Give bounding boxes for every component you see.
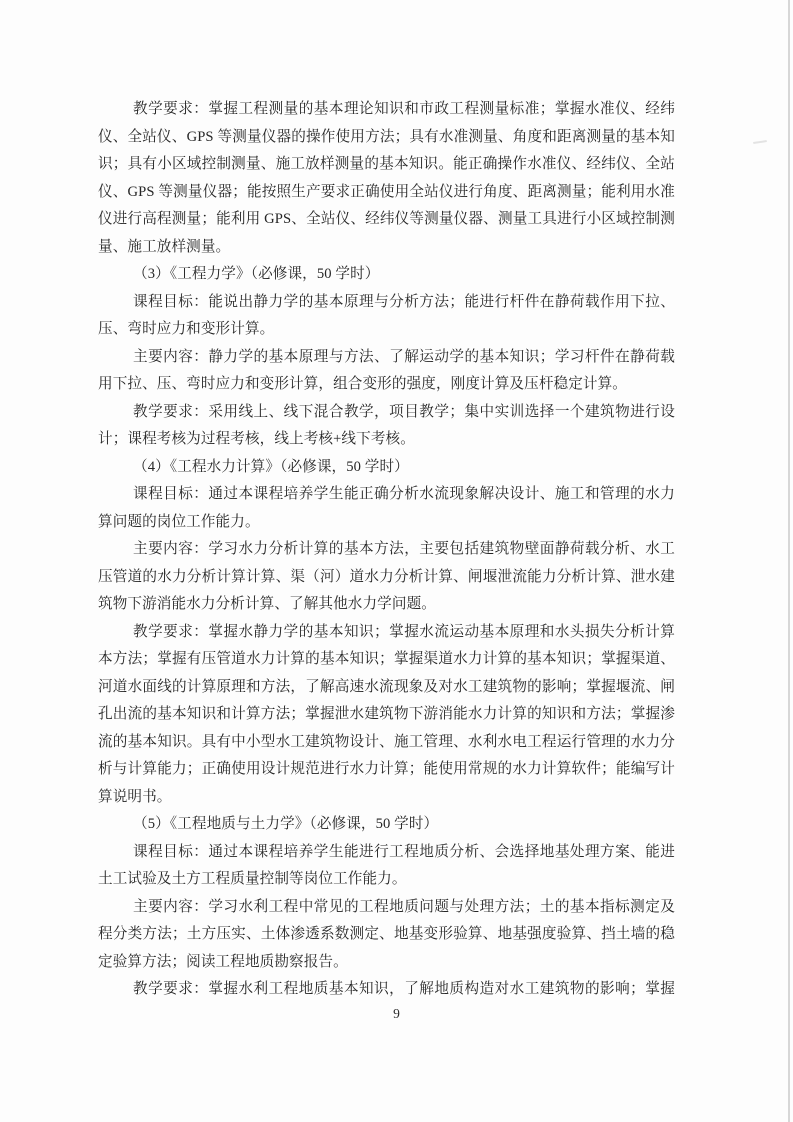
text-line: 量、施工放样测量。 — [98, 234, 675, 262]
paragraph: 教学要求：掌握工程测量的基本理论知识和市政工程测量标准；掌握水准仪、经纬仪、全站… — [98, 96, 675, 261]
text-line: 仪、全站仪、GPS 等测量仪器的操作使用方法；具有水准测量、角度和距离测量的基本… — [98, 124, 675, 152]
paragraph: （4）《工程水力计算》（必修课，50 学时） — [98, 454, 675, 482]
text-line: 河道水面线的计算原理和方法，了解高速水流现象及对水工建筑物的影响；掌握堰流、闸 — [98, 674, 675, 702]
text-line: 算问题的岗位工作能力。 — [98, 509, 675, 537]
text-line: 土工试验及土方工程质量控制等岗位工作能力。 — [98, 866, 675, 894]
text-line: 计；课程考核为过程考核，线上考核+线下考核。 — [98, 426, 675, 454]
paragraph: 教学要求：掌握水利工程地质基本知识，了解地质构造对水工建筑物的影响；掌握土 — [98, 976, 675, 1004]
paragraph: 课程目标：能说出静力学的基本原理与分析方法；能进行杆件在静荷载作用下拉、压、弯时… — [98, 289, 675, 344]
paragraph: 课程目标：通过本课程培养学生能进行工程地质分析、会选择地基处理方案、能进行土工试… — [98, 839, 675, 894]
paragraph: 教学要求：掌握水静力学的基本知识；掌握水流运动基本原理和水头损失分析计算基本方法… — [98, 619, 675, 812]
text-line: 仪、GPS 等测量仪器；能按照生产要求正确使用全站仪进行角度、距离测量；能利用水… — [98, 179, 675, 207]
text-line: 压管道的水力分析计算计算、渠（河）道水力分析计算、闸堰泄流能力分析计算、泄水建 — [98, 564, 675, 592]
text-line: 主要内容：静力学的基本原理与方法、了解运动学的基本知识；学习杆件在静荷载作 — [98, 344, 675, 372]
text-line: （5）《工程地质与土力学》（必修课，50 学时） — [98, 811, 675, 839]
paragraph: 教学要求：采用线上、线下混合教学，项目教学；集中实训选择一个建筑物进行设计；课程… — [98, 399, 675, 454]
text-line: 用下拉、压、弯时应力和变形计算，组合变形的强度，刚度计算及压杆稳定计算。 — [98, 371, 675, 399]
document-body: 教学要求：掌握工程测量的基本理论知识和市政工程测量标准；掌握水准仪、经纬仪、全站… — [98, 96, 675, 1004]
text-line: 课程目标：能说出静力学的基本原理与分析方法；能进行杆件在静荷载作用下拉、 — [98, 289, 675, 317]
text-line: 孔出流的基本知识和计算方法；掌握泄水建筑物下游消能水力计算的知识和方法；掌握渗 — [98, 701, 675, 729]
text-line: （3）《工程力学》（必修课，50 学时） — [98, 261, 675, 289]
text-line: 算说明书。 — [98, 784, 675, 812]
text-line: （4）《工程水力计算》（必修课，50 学时） — [98, 454, 675, 482]
text-line: 定验算方法；阅读工程地质勘察报告。 — [98, 949, 675, 977]
text-line: 课程目标：通过本课程培养学生能正确分析水流现象解决设计、施工和管理的水力计 — [98, 481, 675, 509]
paragraph: （5）《工程地质与土力学》（必修课，50 学时） — [98, 811, 675, 839]
text-line: 教学要求：掌握水静力学的基本知识；掌握水流运动基本原理和水头损失分析计算基 — [98, 619, 675, 647]
text-line: 筑物下游消能水力分析计算、了解其他水力学问题。 — [98, 591, 675, 619]
text-line: 识；具有小区域控制测量、施工放样测量的基本知识。能正确操作水准仪、经纬仪、全站 — [98, 151, 675, 179]
document-page: 教学要求：掌握工程测量的基本理论知识和市政工程测量标准；掌握水准仪、经纬仪、全站… — [0, 0, 793, 1122]
text-line: 仪进行高程测量；能利用 GPS、全站仪、经纬仪等测量仪器、测量工具进行小区域控制… — [98, 206, 675, 234]
paragraph: 课程目标：通过本课程培养学生能正确分析水流现象解决设计、施工和管理的水力计算问题… — [98, 481, 675, 536]
scan-smudge-artifact — [753, 140, 767, 144]
text-line: 析与计算能力；正确使用设计规范进行水力计算；能使用常规的水力计算软件；能编写计 — [98, 756, 675, 784]
paragraph: （3）《工程力学》（必修课，50 学时） — [98, 261, 675, 289]
text-line: 流的基本知识。具有中小型水工建筑物设计、施工管理、水利水电工程运行管理的水力分 — [98, 729, 675, 757]
text-line: 主要内容：学习水力分析计算的基本方法，主要包括建筑物壁面静荷载分析、水工有 — [98, 536, 675, 564]
text-line: 压、弯时应力和变形计算。 — [98, 316, 675, 344]
text-line: 程分类方法；土方压实、土体渗透系数测定、地基变形验算、地基强度验算、挡土墙的稳 — [98, 921, 675, 949]
text-line: 本方法；掌握有压管道水力计算的基本知识；掌握渠道水力计算的基本知识；掌握渠道、 — [98, 646, 675, 674]
paragraph: 主要内容：学习水力分析计算的基本方法，主要包括建筑物壁面静荷载分析、水工有压管道… — [98, 536, 675, 619]
text-line: 教学要求：掌握工程测量的基本理论知识和市政工程测量标准；掌握水准仪、经纬 — [98, 96, 675, 124]
paragraph: 主要内容：静力学的基本原理与方法、了解运动学的基本知识；学习杆件在静荷载作用下拉… — [98, 344, 675, 399]
text-line: 课程目标：通过本课程培养学生能进行工程地质分析、会选择地基处理方案、能进行 — [98, 839, 675, 867]
text-line: 教学要求：采用线上、线下混合教学，项目教学；集中实训选择一个建筑物进行设 — [98, 399, 675, 427]
scan-edge-artifact — [788, 0, 790, 1122]
text-line: 教学要求：掌握水利工程地质基本知识，了解地质构造对水工建筑物的影响；掌握土 — [98, 976, 675, 1004]
text-line: 主要内容：学习水利工程中常见的工程地质问题与处理方法；土的基本指标测定及工 — [98, 894, 675, 922]
paragraph: 主要内容：学习水利工程中常见的工程地质问题与处理方法；土的基本指标测定及工程分类… — [98, 894, 675, 977]
page-number: 9 — [0, 1004, 793, 1024]
